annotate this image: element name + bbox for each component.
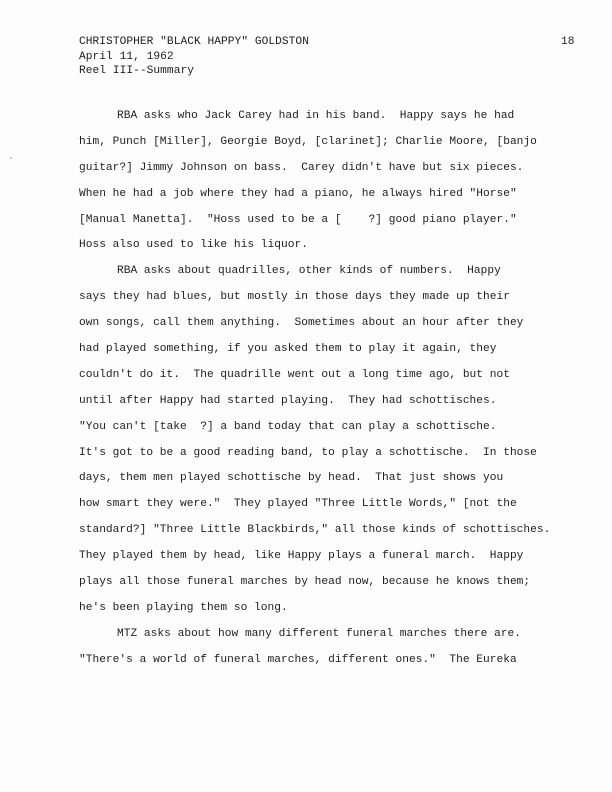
text-line: until after Happy had started playing. T… [79,389,609,415]
paragraph: MTZ asks about how many different funera… [79,622,609,674]
text-line: days, them men played schottische by hea… [79,466,609,492]
document-body: RBA asks who Jack Carey had in his band.… [79,104,609,674]
interview-date: April 11, 1962 [79,50,309,65]
text-line: him, Punch [Miller], Georgie Boyd, [clar… [79,130,609,156]
text-line: guitar?] Jimmy Johnson on bass. Carey di… [79,156,609,182]
text-line: how smart they were." They played "Three… [79,492,609,518]
interview-title: CHRISTOPHER "BLACK HAPPY" GOLDSTON [79,35,309,50]
text-line: RBA asks about quadrilles, other kinds o… [79,259,609,285]
text-line: standard?] "Three Little Blackbirds," al… [79,518,609,544]
text-line: says they had blues, but mostly in those… [79,285,609,311]
reel-label: Reel III--Summary [79,64,309,79]
text-line: he's been playing them so long. [79,596,609,622]
text-line: When he had a job where they had a piano… [79,182,609,208]
text-line: It's got to be a good reading band, to p… [79,441,609,467]
scan-speck [10,157,12,159]
text-line: Hoss also used to like his liquor. [79,233,609,259]
page-header: CHRISTOPHER "BLACK HAPPY" GOLDSTON April… [79,35,309,79]
text-line: couldn't do it. The quadrille went out a… [79,363,609,389]
page-number: 18 [561,35,574,50]
text-line: own songs, call them anything. Sometimes… [79,311,609,337]
text-line: They played them by head, like Happy pla… [79,544,609,570]
text-line: "There's a world of funeral marches, dif… [79,648,609,674]
text-line: plays all those funeral marches by head … [79,570,609,596]
paragraph: RBA asks about quadrilles, other kinds o… [79,259,609,621]
text-line: MTZ asks about how many different funera… [79,622,609,648]
text-line: had played something, if you asked them … [79,337,609,363]
text-line: [Manual Manetta]. "Hoss used to be a [ ?… [79,208,609,234]
paragraph: RBA asks who Jack Carey had in his band.… [79,104,609,259]
scan-speck [78,138,79,139]
text-line: "You can't [take ?] a band today that ca… [79,415,609,441]
text-line: RBA asks who Jack Carey had in his band.… [79,104,609,130]
document-page: CHRISTOPHER "BLACK HAPPY" GOLDSTON April… [0,0,612,792]
